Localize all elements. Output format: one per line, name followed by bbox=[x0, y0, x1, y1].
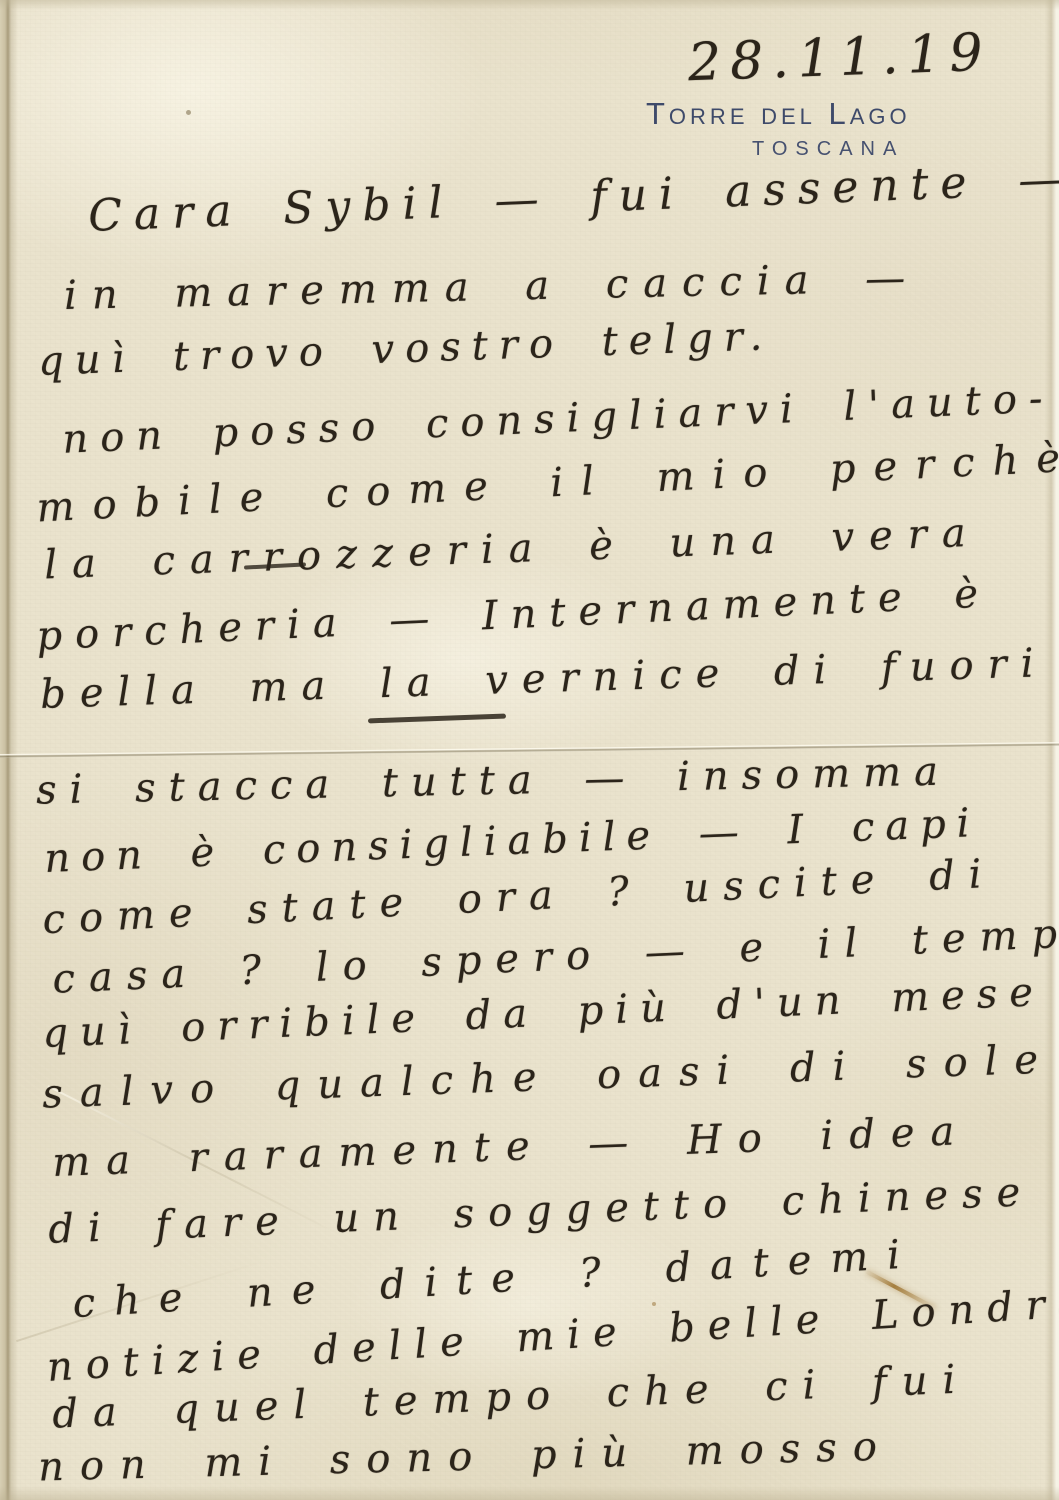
handwritten-line: Cara Sybil — fui assente — bbox=[87, 153, 1059, 242]
letterhead-region: TOSCANA bbox=[752, 138, 904, 161]
letter-page: 28.11.19 Torre del Lago TOSCANA Cara Syb… bbox=[0, 0, 1059, 1500]
ink-speck bbox=[652, 1302, 656, 1306]
underline-stroke-vernice bbox=[368, 714, 506, 724]
handwritten-line: quì trovo vostro telgr. bbox=[37, 313, 774, 385]
letterhead-place: Torre del Lago bbox=[646, 96, 911, 132]
handwritten-line: in maremma a caccia — bbox=[64, 255, 921, 319]
top-paper-edge bbox=[0, 0, 1059, 10]
handwritten-line: ma raramente — Ho idea bbox=[51, 1108, 971, 1186]
handwritten-date: 28.11.19 bbox=[687, 23, 992, 94]
bottom-paper-edge bbox=[0, 1486, 1059, 1500]
ink-speck bbox=[186, 110, 191, 115]
handwritten-line: non mi sono più mosso bbox=[38, 1424, 894, 1491]
right-paper-edge bbox=[1045, 0, 1059, 1500]
left-paper-edge bbox=[0, 0, 18, 1500]
handwritten-line: si stacca tutta — insomma bbox=[36, 748, 952, 813]
